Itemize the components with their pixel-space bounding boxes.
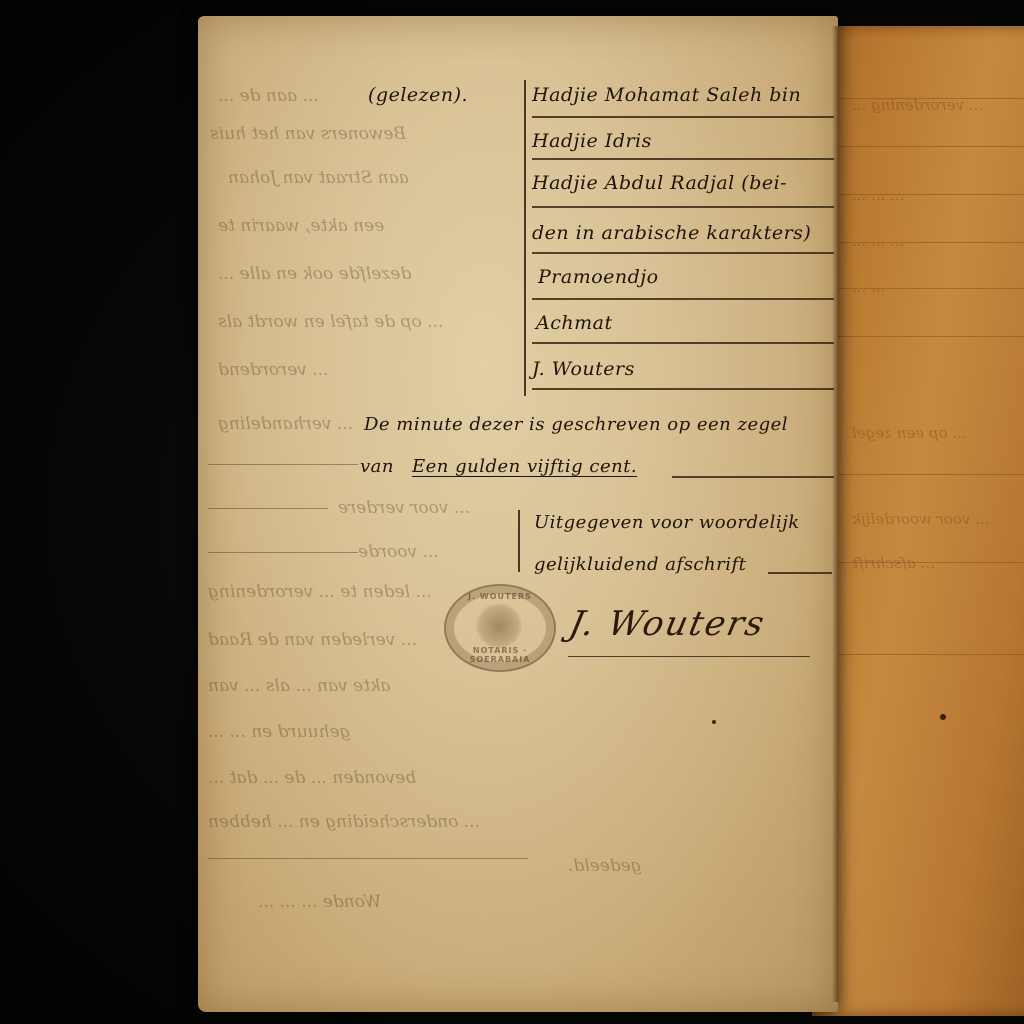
notary-signature: J. Wouters [566, 604, 770, 644]
coat-of-arms-icon [476, 604, 522, 648]
bleed-through-text: aan Straat van Johan [228, 168, 409, 188]
signatory-line: Achmat [536, 312, 613, 334]
bleed-through-text: dezelfde ook en alle ... [218, 264, 411, 284]
ink-spot [712, 720, 716, 724]
signatory-line: Pramoendjo [538, 266, 659, 288]
bleed-through-text: bevonden ... de ... dat ... [208, 768, 416, 788]
bleed-through-text: ... voor verdere [338, 498, 470, 518]
ink-spot [940, 714, 946, 720]
column-divider [518, 510, 520, 572]
bleed-through-text: gedeeld. [568, 856, 642, 876]
bleed-through-text: ... ... ... [852, 186, 904, 204]
bleed-through-text: ... voorde [358, 542, 439, 562]
signatory-line: J. Wouters [532, 358, 635, 380]
bleed-through-text: ... aan de ... [218, 86, 319, 106]
bleed-through-text: ... verordend [218, 360, 329, 380]
bleed-through-text: gehuurd en ... ... [208, 722, 350, 742]
bleed-through-text: ... verhandeling [218, 414, 353, 434]
document-page: ... aan de ... Bewoners van het huis aan… [198, 16, 838, 1012]
bleed-through-text: ... onderscheiding en ... hebben [208, 812, 480, 832]
stamp-duty-note: De minute dezer is geschreven op een zeg… [364, 414, 788, 435]
signatory-line: den in arabische karakters) [532, 222, 811, 244]
notary-seal: J. WOUTERS NOTARIS · SOERABAIA [444, 584, 556, 672]
facing-page: ... verordening ... ... ... ... ... ... … [812, 26, 1024, 1016]
bleed-through-text: Wonde ... ... ... [258, 892, 381, 912]
bleed-through-text: Bewoners van het huis [210, 124, 406, 144]
bleed-through-text: ... verordening ... [852, 96, 983, 114]
bleed-through-text: ... op een zegel [852, 424, 967, 442]
signatory-line: Hadjie Idris [532, 130, 652, 152]
signatory-line: Hadjie Abdul Radjal (bei- [532, 172, 787, 194]
seal-bottom-text: NOTARIS · SOERABAIA [446, 646, 554, 664]
bleed-through-text: ... afschrift [852, 554, 935, 572]
seal-top-text: J. WOUTERS [446, 592, 554, 601]
bleed-through-text: akte van ... als ... van [208, 676, 390, 696]
bleed-through-text: ... voor woordelijk [852, 510, 989, 528]
bleed-through-text: ... ... ... [852, 232, 904, 250]
left-column-text: (gelezen). [368, 84, 468, 106]
stamp-duty-amount: Een gulden vijftig cent. [412, 456, 637, 477]
stamp-duty-note-prefix: van [360, 456, 394, 477]
certification-line: Uitgegeven voor woordelijk [534, 512, 800, 533]
column-divider [524, 80, 526, 396]
bleed-through-text: ... leden te ... verordening [208, 582, 432, 602]
signatory-line: Hadjie Mohamat Saleh bin [532, 84, 801, 106]
bleed-through-text: ... ... [852, 278, 885, 296]
bleed-through-text: een akte, waarin te [218, 216, 384, 236]
bleed-through-text: ... verleden van de Raad [208, 630, 417, 650]
bleed-through-text: ... op de tafel en wordt als [218, 312, 443, 332]
certification-line: gelijkluidend afschrift [534, 554, 746, 575]
